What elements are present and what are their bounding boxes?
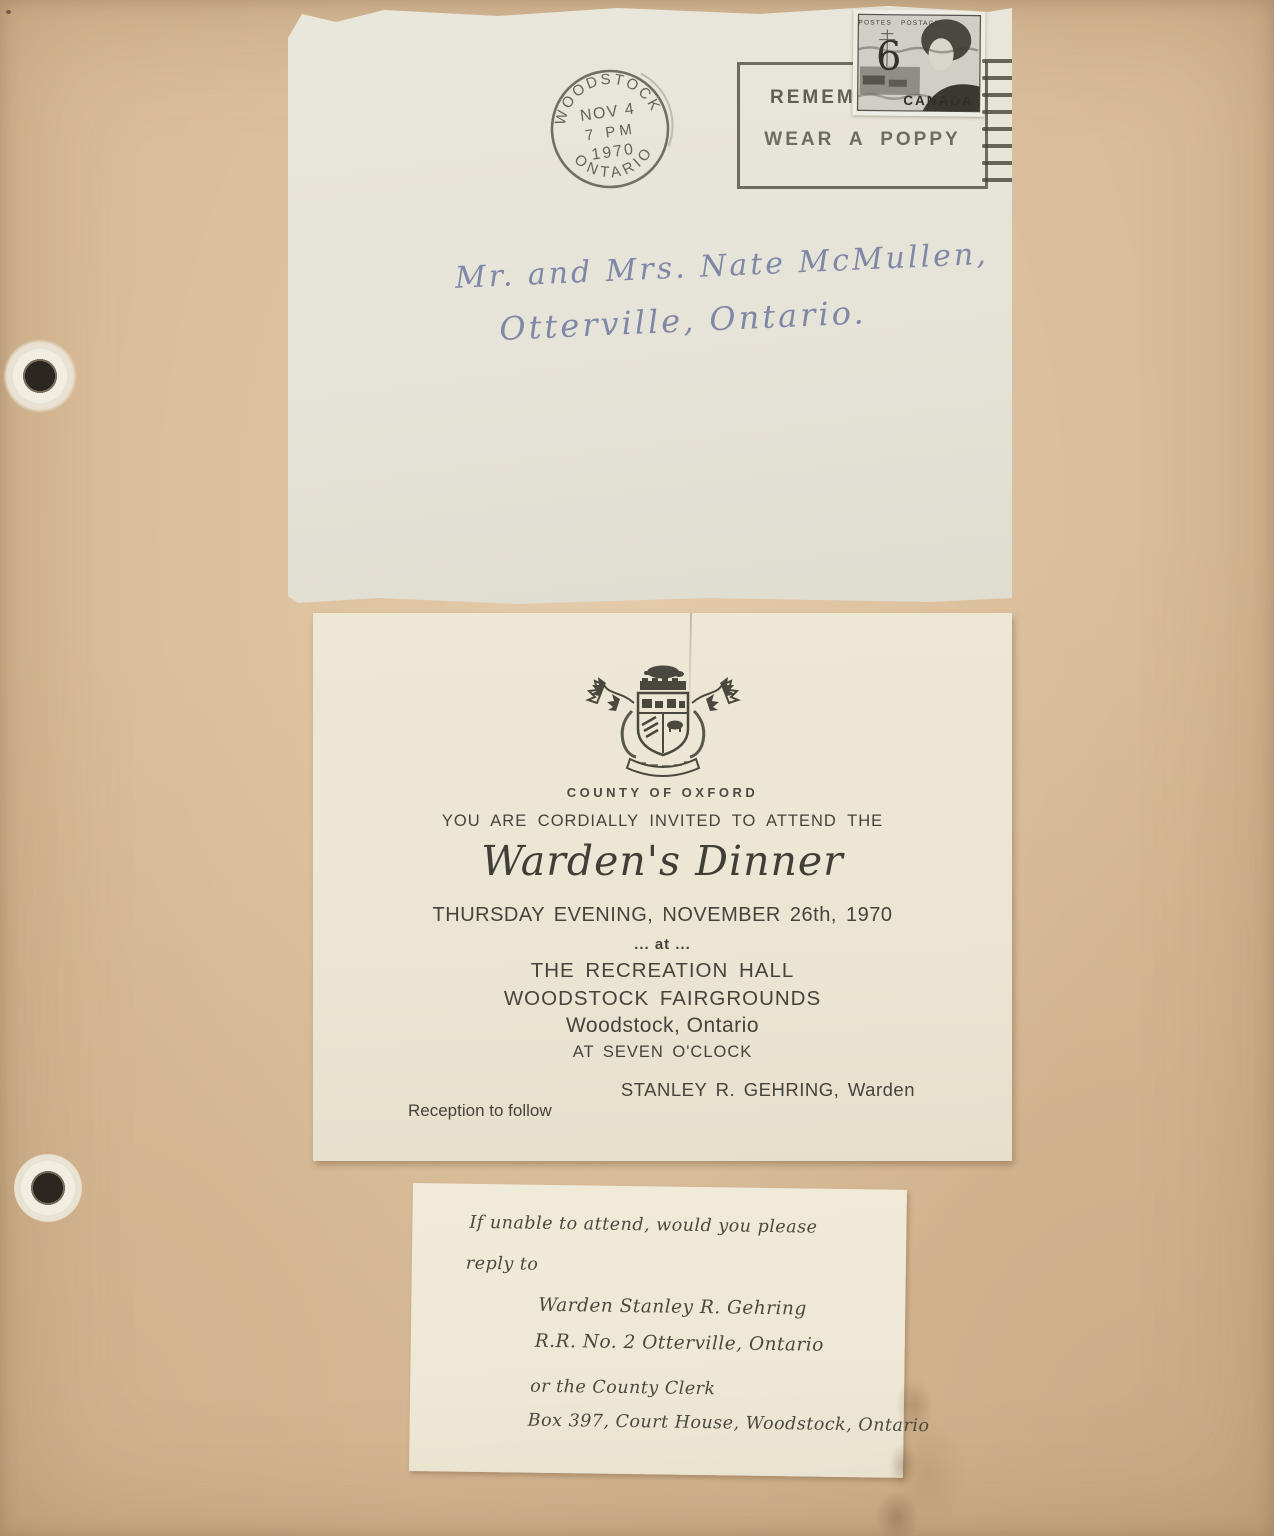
cancel-killer-bar [982,110,1016,114]
handwritten-address: Mr. and Mrs. Nate McMullen, Otterville, … [436,236,999,350]
invitation-venue-1: THE RECREATION HALL [313,959,1012,983]
cancel-killer-bar [982,93,1016,97]
address-line-1: Mr. and Mrs. Nate McMullen, [454,236,997,296]
cancel-killer-bar [982,127,1016,131]
invitation-venue-2: WOODSTOCK FAIRGROUNDS [313,987,1012,1011]
postage-stamp: POSTES POSTAGE 6 CANADA [852,9,985,116]
invitation-title: Warden's Dinner [313,837,1012,885]
hole-reinforcement-top [2,338,78,414]
scrapbook-page: WOODSTOCK ONTARIO NOV 4 7 PM 1970 REMEMB… [0,0,1274,1536]
cancel-killer-bar [982,178,1016,182]
invitation-intro: YOU ARE CORDIALLY INVITED TO ATTEND THE [313,812,1012,831]
hole-reinforcement-bottom [14,1154,82,1222]
reply-line-6: Box 397, Court House, Woodstock, Ontario [528,1411,930,1437]
postmark-circle: WOODSTOCK ONTARIO NOV 4 7 PM 1970 [525,44,694,213]
reply-line-5: or the County Clerk [530,1377,716,1400]
stamp-denomination: 6 [876,34,902,80]
cancel-killer-bar [982,76,1016,80]
cancel-killer-bar [982,144,1016,148]
paper-stain [872,1372,1012,1536]
reply-line-4: R.R. No. 2 Otterville, Ontario [535,1331,824,1356]
reply-card: If unable to attend, would you please re… [409,1183,907,1478]
cancel-killer-bars [982,59,1016,195]
invitation-at: ... at ... [313,936,1012,953]
invitation-note: Reception to follow [313,1101,1012,1121]
cancel-killer-bar [982,161,1016,165]
hole-ring [2,338,78,414]
stamp-top-text: POSTES POSTAGE [858,19,940,27]
cancel-killer-bar [982,59,1016,63]
hole-ring [14,1154,82,1222]
corner-speck [6,10,11,14]
invitation-host: STANLEY R. GEHRING, Warden [313,1079,1012,1101]
reply-line-1: If unable to attend, would you please [469,1213,817,1238]
reply-line-2: reply to [466,1254,539,1275]
county-crest [568,663,758,781]
stamp-artwork: POSTES POSTAGE 6 CANADA [852,9,985,116]
invitation-city: Woodstock, Ontario [313,1014,1012,1038]
crest-wrap [313,663,1012,786]
reply-line-3: Warden Stanley R. Gehring [538,1295,807,1320]
crest-caption: COUNTY OF OXFORD [313,785,1012,800]
invitation-date: THURSDAY EVENING, NOVEMBER 26th, 1970 [313,904,1012,927]
invitation-card: COUNTY OF OXFORD YOU ARE CORDIALLY INVIT… [313,613,1012,1161]
invitation-time: AT SEVEN O'CLOCK [313,1043,1012,1062]
address-line-2: Otterville, Ontario. [499,287,1000,348]
slogan-line-2: WEAR A POPPY [740,129,985,151]
envelope: WOODSTOCK ONTARIO NOV 4 7 PM 1970 REMEMB… [288,6,1012,604]
